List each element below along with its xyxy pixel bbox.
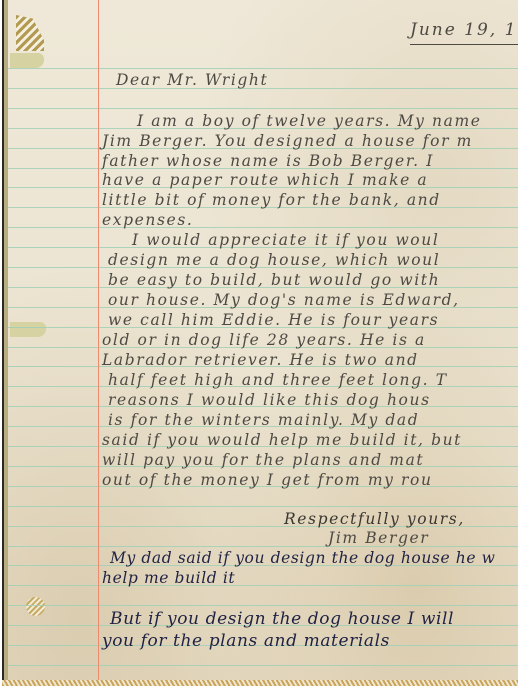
body-line: design me a dog house, which woul: [108, 250, 440, 270]
rule-line: [8, 546, 518, 547]
body-line: Labrador retriever. He is two and: [102, 350, 419, 370]
body-line: old or in dog life 28 years. He is a: [102, 330, 426, 350]
body-line: said if you would help me build it, but: [102, 430, 462, 450]
body-line: we call him Eddie. He is four years: [108, 310, 439, 330]
body-line: expenses.: [102, 210, 193, 230]
signature: Jim Berger: [328, 528, 429, 548]
body-line: will pay you for the plans and mat: [102, 450, 424, 470]
postscript-line: But if you design the dog house I will: [110, 609, 454, 629]
margin-line: [98, 0, 99, 686]
date-underline: [410, 44, 518, 45]
rule-line: [8, 68, 518, 69]
body-line: be easy to build, but would go with: [108, 270, 440, 290]
body-line: reasons I would like this dog hous: [108, 390, 431, 410]
binder-hole: [26, 597, 45, 616]
body-line: Jim Berger. You designed a house for m: [102, 131, 473, 151]
postscript-line: My dad said if you design the dog house …: [110, 548, 496, 568]
bottom-edge: [2, 680, 518, 686]
rule-line: [8, 506, 518, 507]
rule-line: [8, 227, 518, 228]
body-line: out of the money I get from my rou: [102, 470, 433, 490]
rule-line: [8, 665, 518, 666]
rule-line: [8, 605, 518, 606]
body-line: little bit of money for the bank, and: [102, 190, 441, 210]
rule-line: [8, 585, 518, 586]
letter-date: June 19, 19: [410, 20, 518, 40]
tape-remnant-middle: [10, 322, 46, 337]
body-line: half feet high and three feet long. T: [108, 370, 448, 390]
body-line: father whose name is Bob Berger. I: [102, 151, 434, 171]
rule-line: [8, 108, 518, 109]
closing: Respectfully yours,: [284, 509, 465, 529]
body-line: our house. My dog's name is Edward,: [108, 290, 460, 310]
letter-page: June 19, 19 Dear Mr. Wright I am a boy o…: [2, 0, 518, 686]
body-line: is for the winters mainly. My dad: [108, 410, 419, 430]
postscript-line: you for the plans and materials: [102, 631, 390, 651]
torn-tab-striped: [16, 15, 44, 51]
body-line: I am a boy of twelve years. My name: [137, 111, 482, 131]
binding-edge: [2, 0, 8, 686]
salutation: Dear Mr. Wright: [116, 70, 268, 90]
postscript-line: help me build it: [102, 568, 235, 588]
body-line: I would appreciate it if you woul: [132, 230, 439, 250]
tape-remnant-top: [10, 53, 44, 68]
body-line: have a paper route which I make a: [102, 170, 428, 190]
